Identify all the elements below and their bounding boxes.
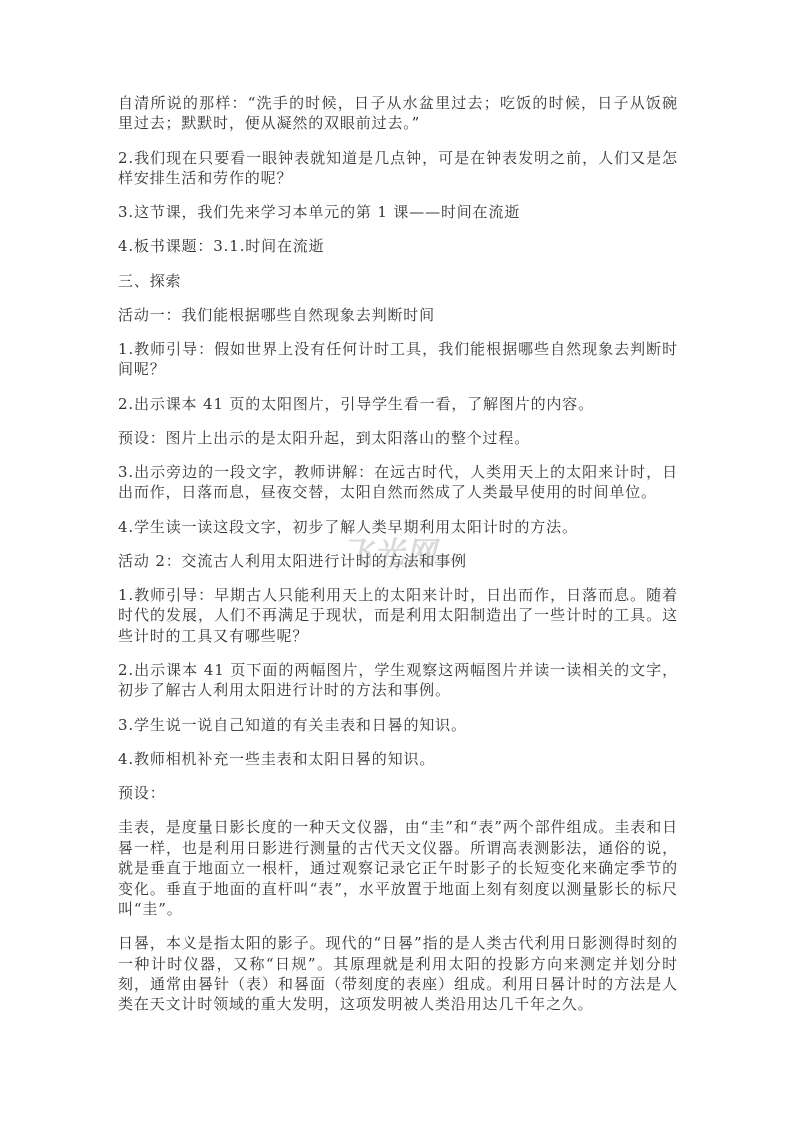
paragraph-rigui: 日晷，本义是指太阳的影子。现代的“日晷”指的是人类古代利用日影测得时刻的一种计时…	[118, 933, 678, 1015]
activity-1-preset: 预设：图片上出示的是太阳升起，到太阳落山的整个过程。	[118, 428, 678, 448]
paragraph-question-clock: 2.我们现在只要看一眼钟表就知道是几点钟，可是在钟表发明之前，人们又是怎样安排生…	[118, 148, 678, 189]
paragraph-lesson-intro: 3.这节课，我们先来学习本单元的第 1 课——时间在流逝	[118, 202, 678, 222]
activity-1-step-1: 1.教师引导：假如世界上没有任何计时工具，我们能根据哪些自然现象去判断时间呢？	[118, 339, 678, 380]
activity-2-step-1: 1.教师引导：早期古人只能利用天上的太阳来计时，日出而作，日落而息。随着时代的发…	[118, 585, 678, 646]
paragraph-intro-quote: 自清所说的那样：“洗手的时候，日子从水盆里过去；吃饭的时候，日子从饭碗里过去；默…	[118, 93, 678, 134]
activity-2-preset-label: 预设：	[118, 783, 678, 803]
activity-2-step-2: 2.出示课本 41 页下面的两幅图片，学生观察这两幅图片并读一读相关的文字，初步…	[118, 660, 678, 701]
activity-1-step-3: 3.出示旁边的一段文字，教师讲解：在远古时代，人类用天上的太阳来计时，日出而作，…	[118, 462, 678, 503]
document-page: 自清所说的那样：“洗手的时候，日子从水盆里过去；吃饭的时候，日子从饭碗里过去；默…	[118, 93, 678, 1029]
section-heading-explore: 三、探索	[118, 271, 678, 291]
paragraph-board-title: 4.板书课题：3.1.时间在流逝	[118, 236, 678, 256]
activity-2-step-3: 3.学生说一说自己知道的有关圭表和日晷的知识。	[118, 715, 678, 735]
activity-1-step-4: 4.学生读一读这段文字，初步了解人类早期利用太阳计时的方法。	[118, 517, 678, 537]
activity-2-heading: 活动 2：交流古人利用太阳进行计时的方法和事例	[118, 551, 678, 571]
activity-1-heading: 活动一：我们能根据哪些自然现象去判断时间	[118, 305, 678, 325]
activity-1-step-2: 2.出示课本 41 页的太阳图片，引导学生看一看，了解图片的内容。	[118, 394, 678, 414]
activity-2-step-4: 4.教师相机补充一些圭表和太阳日晷的知识。	[118, 749, 678, 769]
paragraph-guibiao: 圭表，是度量日影长度的一种天文仪器，由“圭”和“表”两个部件组成。圭表和日晷一样…	[118, 817, 678, 919]
